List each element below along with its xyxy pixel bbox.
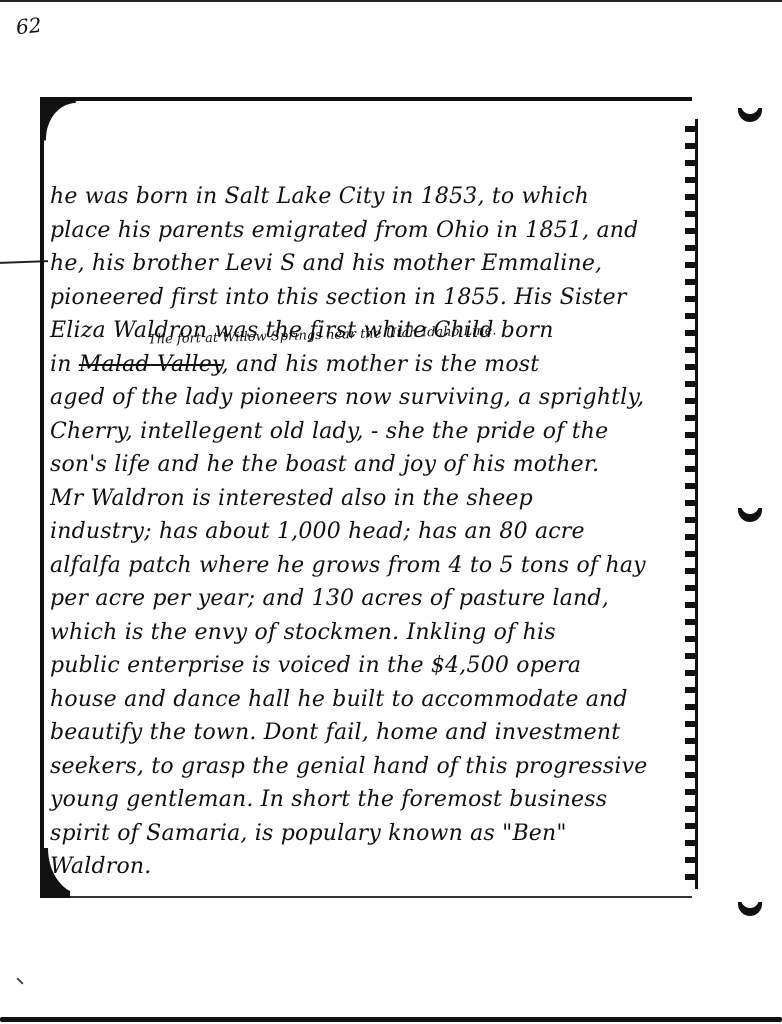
punch-hole-icon — [738, 902, 762, 916]
handwritten-text-body: he was born in Salt Lake City in 1853, t… — [50, 180, 680, 884]
text-line: son's life and he the boast and joy of h… — [50, 448, 680, 482]
text-line: house and dance hall he built to accommo… — [50, 683, 680, 717]
text-line: he was born in Salt Lake City in 1853, t… — [50, 180, 680, 214]
bottom-edge-rule — [0, 1017, 782, 1022]
text-line: aged of the lady pioneers now surviving,… — [50, 381, 680, 415]
line-suffix: , and his mother is the most — [222, 352, 540, 377]
text-line: alfalfa patch where he grows from 4 to 5… — [50, 549, 680, 583]
text-line: spirit of Samaria, is populary known as … — [50, 817, 680, 851]
text-line: place his parents emigrated from Ohio in… — [50, 214, 680, 248]
struck-out-text: Malad Valley — [79, 352, 222, 377]
text-line: beautify the town. Dont fail, home and i… — [50, 716, 680, 750]
text-line: industry; has about 1,000 head; has an 8… — [50, 515, 680, 549]
text-line: he, his brother Levi S and his mother Em… — [50, 247, 680, 281]
text-line: Mr Waldron is interested also in the she… — [50, 482, 680, 516]
text-line: which is the envy of stockmen. Inkling o… — [50, 616, 680, 650]
text-line: Waldron. — [50, 850, 680, 884]
top-edge-rule — [0, 0, 782, 2]
text-line: pioneered first into this section in 185… — [50, 281, 680, 315]
stray-scan-mark — [16, 977, 23, 984]
punch-hole-icon — [738, 508, 762, 522]
text-line: Cherry, intellegent old lady, - she the … — [50, 415, 680, 449]
text-line-with-correction: in Malad Valley, and his mother is the m… — [50, 348, 680, 382]
page-number: 62 — [15, 13, 43, 40]
text-line: young gentleman. In short the foremost b… — [50, 783, 680, 817]
text-line: per acre per year; and 130 acres of past… — [50, 582, 680, 616]
text-line: seekers, to grasp the genial hand of thi… — [50, 750, 680, 784]
punch-hole-icon — [738, 108, 762, 122]
page-corner-top-left — [40, 97, 76, 141]
line-prefix: in — [50, 352, 79, 377]
text-line: public enterprise is voiced in the $4,50… — [50, 649, 680, 683]
spiral-binding-icon — [679, 119, 698, 889]
